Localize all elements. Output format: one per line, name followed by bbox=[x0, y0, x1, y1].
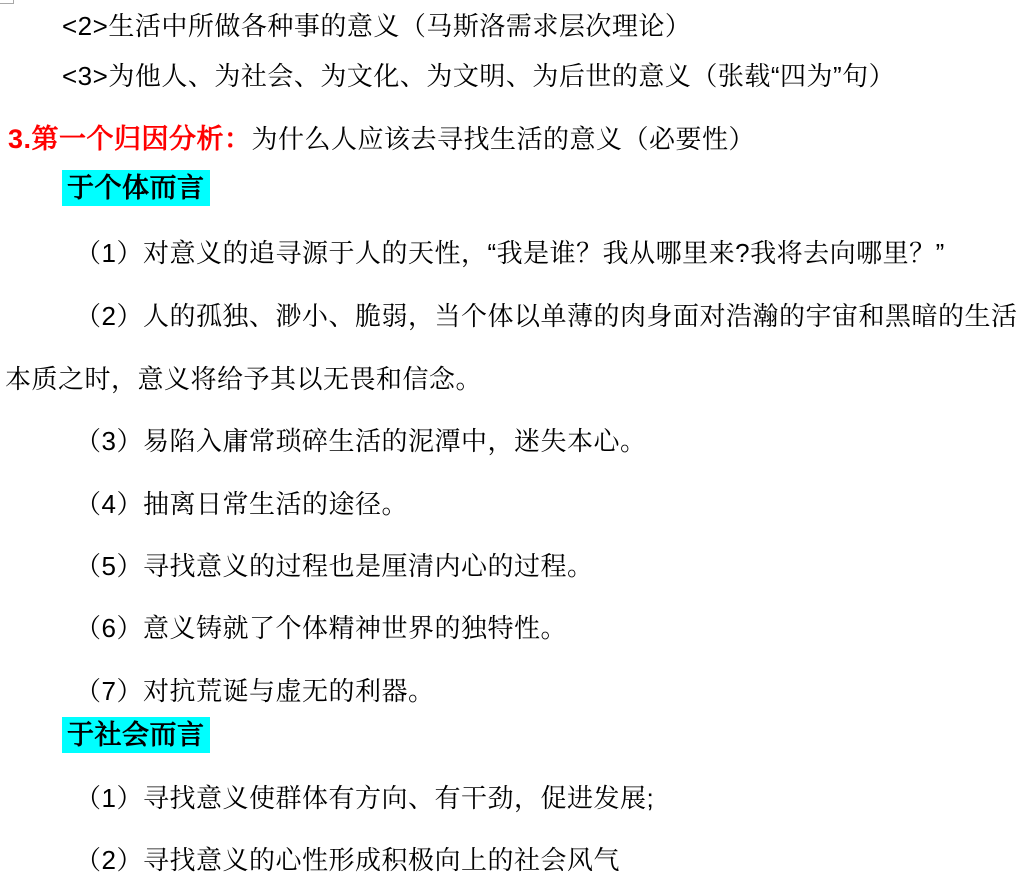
individual-section-title: 于个体而言 bbox=[62, 170, 210, 206]
individual-item-3: （3）易陷入庸常琐碎生活的泥潭中，迷失本心。 bbox=[75, 424, 646, 458]
intro-line-2: <2>生活中所做各种事的意义（马斯洛需求层次理论） bbox=[62, 9, 691, 43]
analysis-heading-number-label: 3.第一个归因分析： bbox=[8, 124, 252, 154]
analysis-heading: 3.第一个归因分析：为什么人应该去寻找生活的意义（必要性） bbox=[8, 117, 755, 156]
individual-item-4: （4）抽离日常生活的途径。 bbox=[75, 487, 408, 521]
individual-item-7: （7）对抗荒诞与虚无的利器。 bbox=[75, 674, 434, 708]
analysis-heading-question: 为什么人应该去寻找生活的意义（必要性） bbox=[252, 124, 756, 154]
intro-line-3: <3>为他人、为社会、为文化、为文明、为后世的意义（张载“四为”句） bbox=[62, 59, 895, 93]
individual-item-2: （2）人的孤独、渺小、脆弱，当个体以单薄的肉身面对浩瀚的宇宙和黑暗的生活本质之时… bbox=[5, 285, 1019, 411]
individual-item-5: （5）寻找意义的过程也是厘清内心的过程。 bbox=[75, 549, 593, 583]
society-section-title: 于社会而言 bbox=[62, 717, 210, 753]
document-page: <2>生活中所做各种事的意义（马斯洛需求层次理论） <3>为他人、为社会、为文化… bbox=[0, 0, 1025, 884]
society-item-2: （2）寻找意义的心性形成积极向上的社会风气 bbox=[75, 843, 620, 877]
individual-item-1: （1）对意义的追寻源于人的天性，“我是谁？我从哪里来?我将去向哪里？” bbox=[75, 236, 945, 270]
society-item-1: （1）寻找意义使群体有方向、有干劲，促进发展; bbox=[75, 781, 654, 815]
cropped-box-corner bbox=[0, 0, 14, 4]
individual-item-6: （6）意义铸就了个体精神世界的独特性。 bbox=[75, 611, 567, 645]
